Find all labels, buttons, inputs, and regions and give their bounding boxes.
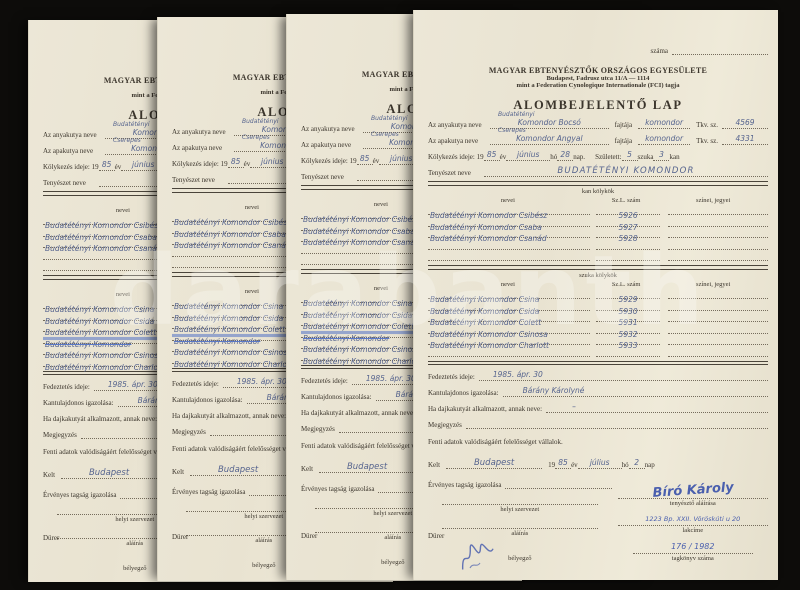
dam-label: Az anyakutya neve <box>43 131 105 139</box>
whelping-day-value: 28 <box>560 150 570 159</box>
footer-columns: Érvényes tagság igazolása helyi szerveze… <box>428 480 768 562</box>
column-name: nevei <box>428 281 588 288</box>
kennel-label: Tenyészet neve <box>172 176 228 184</box>
whelping-year-value: 85 <box>231 157 241 166</box>
stud-owner-label: Kantulajdonos igazolása: <box>428 389 499 397</box>
puppy-num-cell: 5933 <box>596 335 661 345</box>
notes-label: Megjegyzés <box>43 431 77 439</box>
footer-left-column: Érvényes tagság igazolása helyi szerveze… <box>428 480 612 562</box>
dam-studbook-value: 4569 <box>735 118 754 127</box>
signed-month-field: július <box>578 459 622 469</box>
puppy-num-cell: 5926 <box>596 205 661 215</box>
mating-date-value: 1985. ápr. 30 <box>366 374 416 383</box>
column-studbook-number: Sz.L. szám <box>594 197 659 204</box>
year-label: év <box>500 153 507 161</box>
membership-label: Érvényes tagság igazolása <box>428 481 501 489</box>
puppy-name-cell: Budatétényi Komondor Csina <box>428 289 590 299</box>
stamp-label: bélyegző <box>508 555 531 562</box>
puppy-num-cell: 5932 <box>596 324 661 334</box>
puppy-name-cell: Budatétényi Komondor Csaba <box>428 217 590 227</box>
dam-kennel-prefix: Budatétényi <box>498 112 535 118</box>
section-rule <box>428 265 768 270</box>
whelping-year-field: 85 <box>484 151 500 161</box>
notes-label: Megjegyzés <box>172 428 206 436</box>
puppy-name-cell: Budatétényi Komondor Csida <box>428 301 590 311</box>
puppy-row: Budatétényi Komondor Csibész5926 <box>428 204 768 216</box>
year-label: év <box>571 461 578 469</box>
male-puppies-heading: kan kölykök <box>428 188 768 195</box>
puppy-colors-cell <box>668 217 768 227</box>
sire-breed-field: komondor <box>638 135 690 145</box>
born-male-value: 3 <box>659 150 664 159</box>
year-label: év <box>373 157 380 165</box>
puppy-name-cell <box>428 347 590 357</box>
puppy-name-cell: Budatétényi Komondor Charlott <box>428 335 590 345</box>
dam-studbook-label: Tkv. sz. <box>696 121 718 129</box>
column-colors-marks: színei, jegyei <box>658 281 768 288</box>
puppy-row: Budatétényi Komondor Csaba5927 <box>428 215 768 227</box>
whelping-month-field: június <box>506 151 550 161</box>
membership-blank-line <box>505 480 611 489</box>
handwritten-entry: Budatétényi Komondor Charlott <box>303 357 422 366</box>
signed-day-value: 2 <box>634 458 639 467</box>
puppy-colors-cell <box>668 347 768 357</box>
stud-owner-field: Bárány Károlyné <box>503 387 768 397</box>
membership-label: Érvényes tagság igazolása <box>172 488 245 496</box>
city-value: Budapest <box>474 458 514 468</box>
year-label: év <box>115 163 122 171</box>
whelping-year-field: 85 <box>228 158 244 168</box>
puppy-colors-cell <box>668 335 768 345</box>
printer-mark: Dürer <box>301 532 317 540</box>
whelping-date-row: Kölykezés ideje: 19 85 év június hó 28 n… <box>428 151 768 161</box>
puppy-name-cell: Budatétényi Komondor Csinosa <box>428 324 590 334</box>
sire-kennel-prefix: Cserepes <box>113 138 141 144</box>
signed-year-value: 85 <box>558 458 568 467</box>
puppy-num-cell <box>596 240 661 250</box>
organization-header: MAGYAR EBTENYÉSZTŐK ORSZÁGOS EGYESÜLETE … <box>428 66 768 89</box>
sire-kennel-prefix: Cserepes <box>371 132 399 138</box>
alombejelento-form: száma MAGYAR EBTENYÉSZTŐK ORSZÁGOS EGYES… <box>414 10 778 580</box>
dam-kennel-prefix: Budatétényi <box>113 122 150 128</box>
dam-kennel-prefix: Budatétényi <box>371 116 408 122</box>
membership-label: Érvényes tagság igazolása <box>301 485 374 493</box>
city-value: Budapest <box>218 465 258 475</box>
whelping-year-value: 85 <box>360 154 370 163</box>
puppy-row: Budatétényi Komondor Csanád5928 <box>428 227 768 239</box>
male-puppies-table: Budatétényi Komondor Csibész5926Budatété… <box>428 204 768 262</box>
nurse-dog-row: Ha dajkakutyát alkalmazott, annak neve: … <box>428 403 768 413</box>
stud-owner-label: Kantulajdonos igazolása: <box>43 399 114 407</box>
organization-address: Budapest, Fadrusz utca 11/A — 1114 <box>428 75 768 82</box>
puppy-colors-cell <box>668 312 768 322</box>
puppy-colors-cell <box>668 240 768 250</box>
whelping-date-label: Kölykezés ideje: 19 <box>301 157 357 165</box>
born-female-field: 5 <box>622 151 638 161</box>
declaration-text: Fenti adatok valódiságáért felelősséget … <box>428 438 768 446</box>
puppy-row: Budatétényi Komondor Csida5930 <box>428 299 768 311</box>
date-signed-label: Kelt <box>172 468 184 476</box>
female-puppies-table: Budatétényi Komondor Csina5929Budatétény… <box>428 288 768 357</box>
puppy-row: Budatétényi Komondor Charlott5933 <box>428 334 768 346</box>
puppy-num-cell: 5929 <box>596 289 661 299</box>
puppy-row-blank <box>428 345 768 357</box>
day-label: nap <box>645 461 655 469</box>
signature-label: aláírás <box>442 530 598 537</box>
mating-date-label: Fedeztetés ideje: <box>301 377 348 385</box>
sire-name-field: Cserepes Komondor Angyal <box>490 135 609 145</box>
whelping-date-label: Kölykezés ideje: 19 <box>172 160 228 168</box>
city-value: Budapest <box>89 468 129 478</box>
date-signed-row: Kelt Budapest 19 85 év július hó 2 nap <box>428 459 768 469</box>
month-label: hó <box>622 461 629 469</box>
city-field: Budapest <box>446 459 542 469</box>
section-rule <box>428 361 768 366</box>
footer-right-column: Bíró Károly tenyésztő aláírása 1223 Bp. … <box>612 480 768 562</box>
puppy-row-blank <box>428 238 768 250</box>
whelping-month-value: június <box>261 157 283 166</box>
sire-studbook-label: Tkv. sz. <box>696 137 718 145</box>
address-label: lakcíme <box>618 527 768 534</box>
sire-label: Az apakutya neve <box>428 137 490 145</box>
born-female-value: 5 <box>627 150 632 159</box>
nurse-dog-label: Ha dajkakutyát alkalmazott, annak neve: <box>301 409 415 417</box>
whelping-date-label: Kölykezés ideje: 19 <box>428 153 484 161</box>
column-studbook-number: Sz.L. szám <box>594 281 659 288</box>
puppy-name-cell <box>428 240 590 250</box>
mating-date-label: Fedeztetés ideje: <box>172 380 219 388</box>
day-label: nap. <box>573 153 585 161</box>
date-signed-label: Kelt <box>428 461 440 469</box>
puppy-row: Budatétényi Komondor Csina5929 <box>428 288 768 300</box>
sire-studbook-field: 4331 <box>722 135 768 145</box>
whelping-month-value: június <box>390 154 412 163</box>
mating-date-label: Fedeztetés ideje: <box>43 383 90 391</box>
nurse-dog-value: – <box>572 402 576 411</box>
local-org-block: helyi szervezet <box>442 504 598 513</box>
stud-owner-row: Kantulajdonos igazolása: Bárány Károlyné <box>428 387 768 397</box>
dam-label: Az anyakutya neve <box>428 121 490 129</box>
city-field: Budapest <box>190 466 286 476</box>
puppy-num-cell: 5927 <box>596 217 661 227</box>
nurse-dog-label: Ha dajkakutyát alkalmazott, annak neve: <box>428 405 542 413</box>
local-org-line <box>442 504 598 505</box>
breeder-signature-label: tenyésztő aláírása <box>618 500 768 507</box>
whelping-year-field: 85 <box>99 161 115 171</box>
whelping-month-value: június <box>132 160 154 169</box>
signed-year-field: 85 <box>555 459 571 469</box>
dam-label: Az anyakutya neve <box>301 125 363 133</box>
whelping-year-field: 85 <box>357 155 373 165</box>
nurse-dog-label: Ha dajkakutyát alkalmazott, annak neve: <box>43 415 157 423</box>
membership-label: Érvényes tagság igazolása <box>43 491 116 499</box>
puppy-name-cell: Budatétényi Komondor Colett <box>428 312 590 322</box>
form-number-blank-line <box>672 46 768 55</box>
kennel-value: BUDATÉTÉNYI KOMONDOR <box>557 166 694 176</box>
puppy-colors-cell <box>668 228 768 238</box>
address-value: 1223 Bp. XXII. Vöröskúti u 20 <box>618 516 768 523</box>
sire-row: Az apakutya neve Cserepes Komondor Angya… <box>428 135 768 145</box>
sire-kennel-prefix: Cserepes <box>498 128 526 134</box>
kennel-label: Tenyészet neve <box>43 179 99 187</box>
printer-mark: Dürer <box>172 533 188 541</box>
mating-date-label: Fedeztetés ideje: <box>428 373 475 381</box>
stamp-block: bélyegző <box>428 554 612 562</box>
date-signed-label: Kelt <box>301 465 313 473</box>
whelping-year-value: 85 <box>102 160 112 169</box>
dam-breed-field: komondor <box>638 119 690 129</box>
date-signed-label: Kelt <box>43 471 55 479</box>
form-sheet-4-top: száma MAGYAR EBTENYÉSZTŐK ORSZÁGOS EGYES… <box>413 10 778 580</box>
member-number-line <box>633 553 753 554</box>
century-label: 19 <box>548 461 555 469</box>
puppy-colors-cell <box>668 251 768 261</box>
breeder-signature-block: Bíró Károly tenyésztő aláírása <box>618 484 768 507</box>
male-label: kan <box>669 153 679 161</box>
mating-date-value: 1985. ápr. 30 <box>237 377 287 386</box>
stamp-label: bélyegző <box>252 562 275 569</box>
organization-name: MAGYAR EBTENYÉSZTŐK ORSZÁGOS EGYESÜLETE <box>428 66 768 75</box>
puppy-num-cell <box>596 347 661 357</box>
dam-studbook-field: 4569 <box>722 119 768 129</box>
female-label: szuka <box>638 153 654 161</box>
stamp-label: bélyegző <box>123 565 146 572</box>
notes-label: Megjegyzés <box>428 421 462 429</box>
puppy-colors-cell <box>668 301 768 311</box>
sire-name-value: Komondor Angyal <box>516 134 582 143</box>
scanned-documents-photo: száma MAGYAR EBTENYÉSZTŐK ORSZÁGOS EGYES… <box>0 0 800 590</box>
membership-row: Érvényes tagság igazolása <box>428 480 612 489</box>
puppy-colors-cell <box>668 289 768 299</box>
female-puppies-heading: szuka kölykök <box>428 272 768 279</box>
signature-line <box>442 528 598 529</box>
dam-row: Az anyakutya neve Budatétényi Komondor B… <box>428 119 768 129</box>
notes-row: Megjegyzés <box>428 419 768 429</box>
kennel-label: Tenyészet neve <box>301 173 357 181</box>
printer-mark: Dürer <box>43 534 59 542</box>
member-number-block: 176 / 1982 tagkönyv száma <box>618 543 768 562</box>
member-number-value: 176 / 1982 <box>618 543 768 551</box>
puppy-row-blank <box>428 250 768 262</box>
mating-date-field: 1985. ápr. 30 <box>479 371 768 381</box>
kennel-label: Tenyészet neve <box>428 169 484 177</box>
puppy-name-cell: Budatétényi Komondor Csanád <box>428 228 590 238</box>
address-line <box>618 525 768 526</box>
stud-owner-label: Kantulajdonos igazolása: <box>301 393 372 401</box>
puppy-name-cell: Budatétényi Komondor Csibész <box>428 205 590 215</box>
male-puppies-header-row: nevei Sz.L. szám színei, jegyei <box>428 197 768 204</box>
puppy-num-cell: 5931 <box>596 312 661 322</box>
nurse-dog-field: – <box>546 403 768 413</box>
whelping-day-field: 28 <box>557 151 573 161</box>
dam-label: Az anyakutya neve <box>172 128 234 136</box>
form-title: ALOMBEJELENTŐ LAP <box>428 98 768 113</box>
pen-scribble <box>456 538 500 572</box>
dam-breed-value: komondor <box>645 118 683 127</box>
column-name: nevei <box>428 197 588 204</box>
nurse-dog-label: Ha dajkakutyát alkalmazott, annak neve: <box>172 412 286 420</box>
address-block: 1223 Bp. XXII. Vöröskúti u 20 lakcíme <box>618 516 768 534</box>
female-puppies-header-row: nevei Sz.L. szám színei, jegyei <box>428 281 768 288</box>
puppy-colors-cell <box>668 205 768 215</box>
section-rule <box>428 181 768 186</box>
whelping-month-value: június <box>517 150 539 159</box>
signature-block: aláírás <box>442 528 598 537</box>
month-label: hó <box>550 153 557 161</box>
printer-mark: Dürer <box>428 532 444 540</box>
sire-kennel-prefix: Cserepes <box>242 135 270 141</box>
stud-owner-label: Kantulajdonos igazolása: <box>172 396 243 404</box>
form-number-row: száma <box>428 10 768 55</box>
kennel-field: BUDATÉTÉNYI KOMONDOR <box>484 167 768 177</box>
signed-month-value: július <box>590 458 610 467</box>
puppy-row: Budatétényi Komondor Colett5931 <box>428 311 768 323</box>
stud-owner-value: Bárány Károlyné <box>523 386 585 395</box>
stamp-label: bélyegző <box>381 559 404 566</box>
sire-label: Az apakutya neve <box>301 141 363 149</box>
sire-label: Az apakutya neve <box>43 147 105 155</box>
dam-kennel-prefix: Budatétényi <box>242 119 279 125</box>
puppy-name-cell <box>428 251 590 261</box>
sire-breed-value: komondor <box>645 134 683 143</box>
notes-field <box>466 419 768 429</box>
sire-label: Az apakutya neve <box>172 144 234 152</box>
dam-name-value: Komondor Bocsó <box>518 118 581 127</box>
puppy-num-cell: 5928 <box>596 228 661 238</box>
puppy-num-cell: 5930 <box>596 301 661 311</box>
whelping-date-label: Kölykezés ideje: 19 <box>43 163 99 171</box>
sire-breed-label: fajtája <box>615 137 633 145</box>
mating-date-value: 1985. ápr. 30 <box>108 380 158 389</box>
organization-fci-line: mint a Federation Cynologique Internatio… <box>428 82 768 89</box>
year-label: év <box>244 160 251 168</box>
born-male-field: 3 <box>653 151 669 161</box>
whelping-year-value: 85 <box>487 150 497 159</box>
handwritten-entry: Budatétényi Komondor Charlott <box>45 363 164 372</box>
local-org-label: helyi szervezet <box>442 506 598 513</box>
puppy-colors-cell <box>668 324 768 334</box>
column-colors-marks: színei, jegyei <box>658 197 768 204</box>
mating-date-value: 1985. ápr. 30 <box>493 370 543 379</box>
form-number-label: száma <box>651 47 669 55</box>
member-number-label: tagkönyv száma <box>618 555 768 562</box>
notes-label: Megjegyzés <box>301 425 335 433</box>
mating-date-row: Fedeztetés ideje: 1985. ápr. 30 <box>428 371 768 381</box>
kennel-row: Tenyészet neve BUDATÉTÉNYI KOMONDOR <box>428 167 768 177</box>
puppy-num-cell <box>596 251 661 261</box>
dam-breed-label: fajtája <box>615 121 633 129</box>
puppy-row: Budatétényi Komondor Csinosa5932 <box>428 322 768 334</box>
born-label: Született: <box>595 153 621 161</box>
handwritten-entry: Budatétényi Komondor Charlott <box>174 360 293 369</box>
signed-day-field: 2 <box>629 459 645 469</box>
city-field: Budapest <box>319 463 415 473</box>
city-field: Budapest <box>61 469 157 479</box>
city-value: Budapest <box>347 462 387 472</box>
sire-studbook-value: 4331 <box>735 134 754 143</box>
